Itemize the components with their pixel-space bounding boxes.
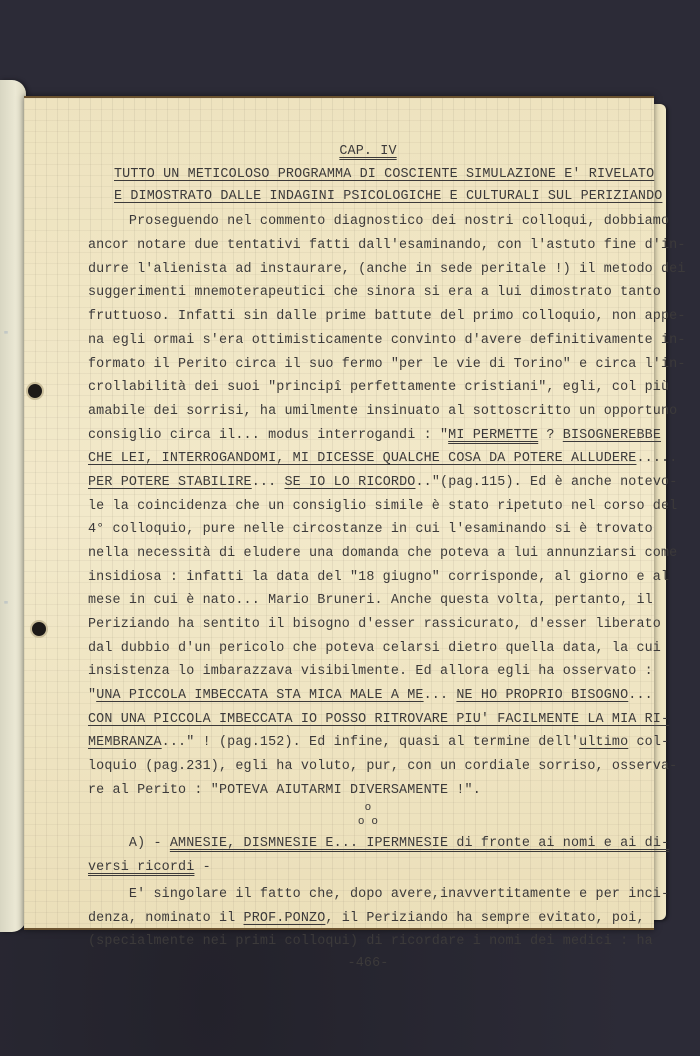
- text-run: ...: [628, 688, 653, 703]
- body-line: dal dubbio d'un pericolo che poteva cela…: [88, 639, 661, 659]
- section-heading-line-1: A) - AMNESIE, DISMNESIE E... IPERMNESIE …: [88, 834, 669, 854]
- body-line: le la coincidenza che un consiglio simil…: [88, 497, 677, 517]
- bleed-through-mark: ": [3, 600, 9, 611]
- quote-underlined: MEMBRANZA: [88, 735, 162, 750]
- body-line: insidiosa : infatti la data del "18 giug…: [88, 568, 669, 588]
- body-line: Periziando ha sentito il bisogno d'esser…: [88, 615, 661, 635]
- text-run: .....: [636, 451, 677, 466]
- chapter-heading: CAP. IV: [88, 142, 648, 162]
- body-line: durre l'alienista ad instaurare, (anche …: [88, 260, 686, 280]
- text-run: ...: [424, 688, 457, 703]
- quote-underlined: SE IO LO RICORDO: [284, 475, 415, 490]
- body-line: nella necessità di eludere una domanda c…: [88, 544, 677, 564]
- body-line: insistenza lo imbarazzava visibilmente. …: [88, 662, 653, 682]
- binder-hole: [26, 382, 44, 400]
- body-line: Proseguendo nel commento diagnostico dei…: [88, 212, 669, 232]
- body-line: 4° colloquio, pure nelle circostanze in …: [88, 520, 653, 540]
- text-run: ...: [252, 475, 285, 490]
- body-line: denza, nominato il PROF.PONZO, il Perizi…: [88, 909, 645, 929]
- text-run: col-: [628, 735, 669, 750]
- body-line: CHE LEI, INTERROGANDOMI, MI DICESSE QUAL…: [88, 449, 677, 469]
- body-line: MEMBRANZA..." ! (pag.152). Ed infine, qu…: [88, 733, 669, 753]
- quote-underlined: PER POTERE STABILIRE: [88, 475, 252, 490]
- text-run: , il Periziando ha sempre evitato, poi,: [325, 911, 644, 926]
- body-line: PER POTERE STABILIRE... SE IO LO RICORDO…: [88, 473, 677, 493]
- text-run: ": [88, 688, 96, 703]
- section-heading: versi ricordi: [88, 860, 194, 875]
- section-prefix: A) -: [88, 836, 170, 851]
- body-line: ancor notare due tentativi fatti dall'es…: [88, 236, 686, 256]
- text-run: -: [194, 860, 210, 875]
- body-line: crollabilità dei suoi "principî perfetta…: [88, 378, 669, 398]
- body-line: amabile dei sorrisi, ha umilmente insinu…: [88, 402, 677, 422]
- name-underlined: PROF.PONZO: [244, 911, 326, 926]
- emphasis-underlined: ultimo: [579, 735, 628, 750]
- body-line: CON UNA PICCOLA IMBECCATA IO POSSO RITRO…: [88, 710, 669, 730]
- title-line-2: E DIMOSTRATO DALLE INDAGINI PSICOLOGICHE…: [114, 187, 662, 207]
- body-line: loquio (pag.231), egli ha voluto, pur, c…: [88, 757, 677, 777]
- body-line: (specialmente nei primi colloqui) di ric…: [88, 932, 653, 952]
- section-heading: AMNESIE, DISMNESIE E... IPERMNESIE di fr…: [170, 836, 669, 851]
- body-line: na egli ormai s'era ottimisticamente con…: [88, 331, 686, 351]
- body-line: E' singolare il fatto che, dopo avere,in…: [88, 885, 669, 905]
- facing-page-edge: " ": [0, 80, 26, 932]
- quote-underlined: MI PERMETTE: [448, 428, 538, 443]
- text-run: .."(pag.115). Ed è anche notevo-: [415, 475, 677, 490]
- body-line: suggerimenti mnemoterapeutici che sinora…: [88, 283, 661, 303]
- body-line: fruttuoso. Infatti sin dalle prime battu…: [88, 307, 686, 327]
- text-run: ?: [538, 428, 563, 443]
- title-line-1: TUTTO UN METICOLOSO PROGRAMMA DI COSCIEN…: [114, 165, 654, 185]
- body-line: mese in cui è nato... Mario Bruneri. Anc…: [88, 591, 653, 611]
- body-line: "UNA PICCOLA IMBECCATA STA MICA MALE A M…: [88, 686, 653, 706]
- text-run: ..." ! (pag.152). Ed infine, quasi al te…: [162, 735, 579, 750]
- section-heading-line-2: versi ricordi -: [88, 858, 211, 878]
- text-run: denza, nominato il: [88, 911, 244, 926]
- page-number: -466-: [88, 954, 648, 974]
- bleed-through-mark: ": [3, 330, 9, 341]
- binder-hole: [30, 620, 48, 638]
- quote-underlined: UNA PICCOLA IMBECCATA STA MICA MALE A ME: [96, 688, 423, 703]
- separator-bottom: o o: [88, 812, 648, 832]
- text-run: consiglio circa il... modus interrogandi…: [88, 428, 448, 443]
- quote-underlined: CHE LEI, INTERROGANDOMI, MI DICESSE QUAL…: [88, 451, 636, 466]
- body-line: formato il Perito circa il suo fermo "pe…: [88, 355, 686, 375]
- quote-underlined: NE HO PROPRIO BISOGNO: [456, 688, 628, 703]
- quote-underlined: BISOGNEREBBE: [563, 428, 661, 443]
- body-line: consiglio circa il... modus interrogandi…: [88, 426, 661, 446]
